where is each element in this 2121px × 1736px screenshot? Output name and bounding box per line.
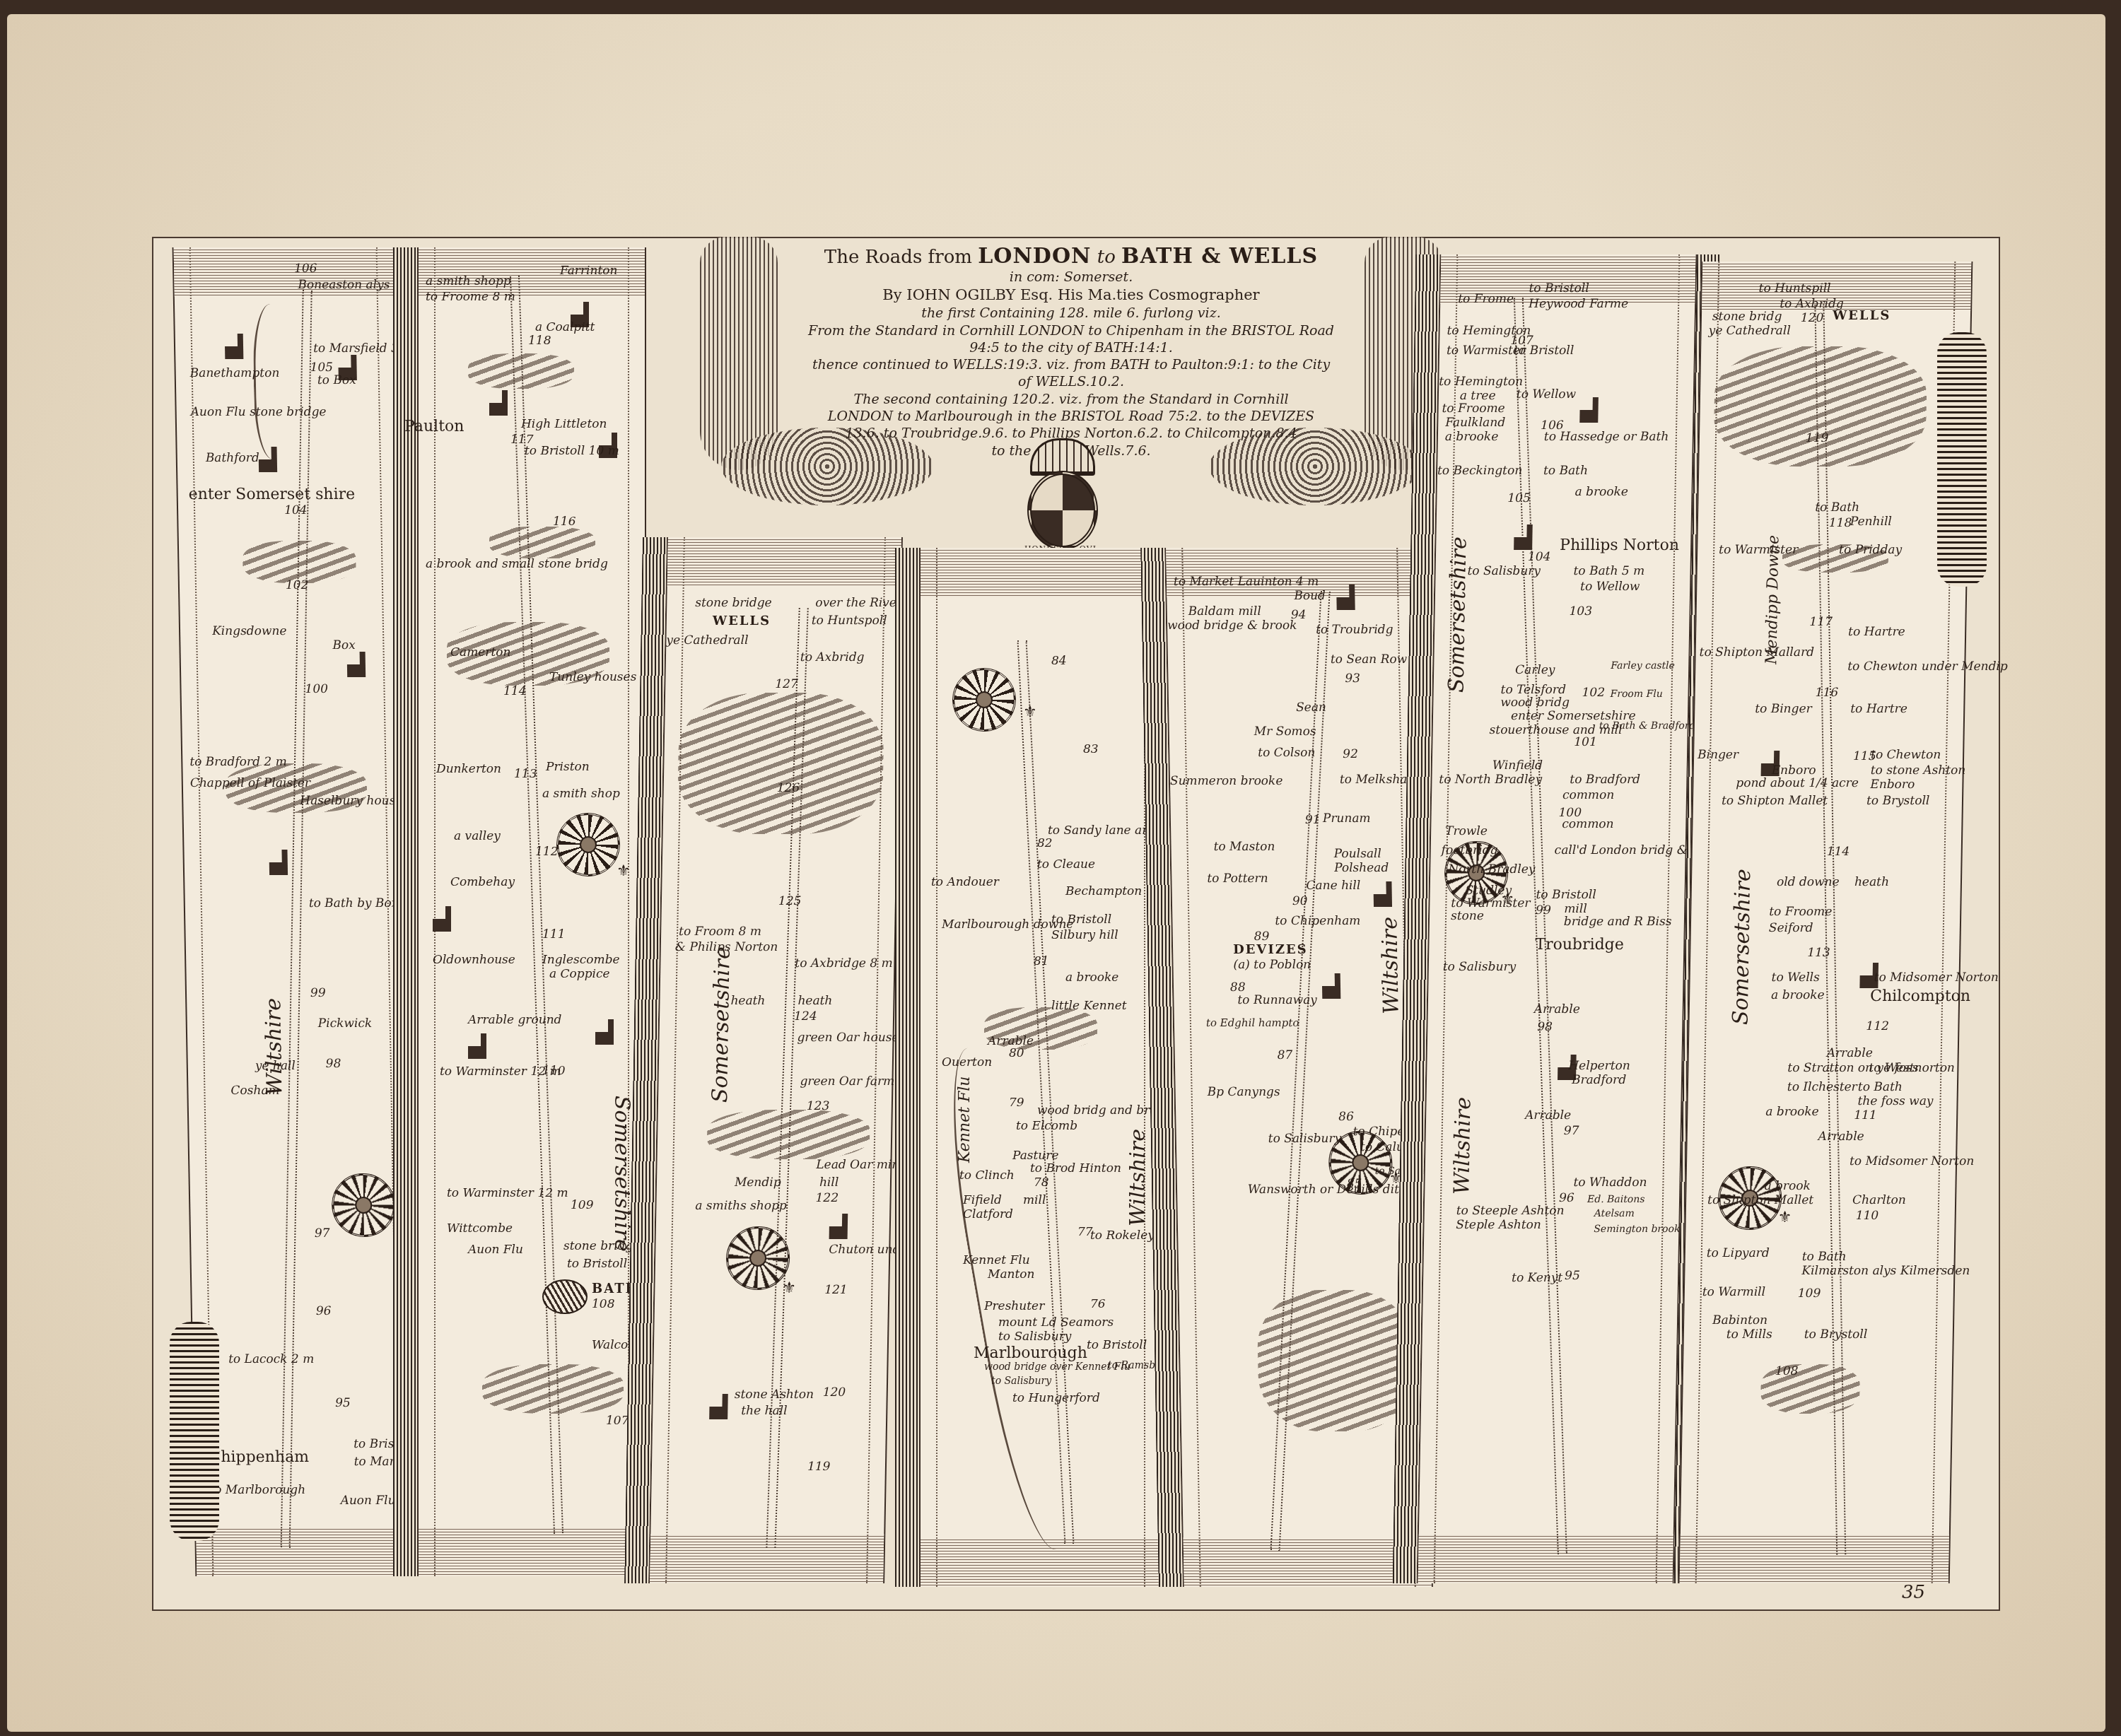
river-avon xyxy=(252,304,300,459)
milepost: 82 xyxy=(1037,836,1053,850)
place-label: Fifield xyxy=(963,1195,1002,1207)
place-label: to Brystoll xyxy=(1866,795,1930,808)
milepost: 78 xyxy=(1034,1175,1049,1190)
place-label: to Bradford 2 m xyxy=(189,756,287,769)
milepost: 118 xyxy=(1829,516,1852,530)
town-plan-bath xyxy=(542,1279,588,1314)
place-label: footbridg xyxy=(1442,845,1498,857)
place-label: to Shipton Mallet xyxy=(1707,1195,1813,1207)
milepost: 120 xyxy=(1801,311,1824,325)
place-label: pond about 1/4 acre xyxy=(1736,778,1859,790)
subtitle: in com: Somerset. xyxy=(792,269,1350,286)
road-strip-2: Farrinton a smith shopp to Froome 8 m a … xyxy=(417,247,646,1576)
place-label: Arrable ground xyxy=(468,1014,561,1027)
place-label: to Bradford xyxy=(1570,774,1640,787)
place-label: a valley xyxy=(454,831,501,843)
place-label: Sean xyxy=(1296,702,1326,715)
milepost: 113 xyxy=(514,767,537,781)
milepost: 89 xyxy=(1254,929,1270,944)
place-label: a smith shop xyxy=(542,788,620,801)
town-label: Chilcompton xyxy=(1870,988,1970,1004)
place-label: Banethampton xyxy=(190,368,280,380)
place-label: stone bridge xyxy=(695,597,772,610)
milepost: 92 xyxy=(1343,747,1358,761)
milepost: 111 xyxy=(1854,1108,1877,1122)
place-label: ye hall xyxy=(255,1060,296,1073)
place-label: a brooke xyxy=(1445,431,1499,444)
milepost: 119 xyxy=(1806,431,1829,445)
place-label: to Andouer xyxy=(931,876,999,889)
milepost: 122 xyxy=(815,1191,839,1205)
scroll-curl-decoration xyxy=(1937,332,1987,587)
milepost: 80 xyxy=(1009,1046,1024,1060)
place-label: High Littleton xyxy=(521,418,607,431)
place-label: Bradford xyxy=(1572,1074,1626,1087)
place-label: to Warminster 12 m xyxy=(447,1187,568,1200)
place-label: to Salisbury xyxy=(1467,565,1541,578)
author-line: By IOHN OGILBY Esq. His Ma.ties Cosmogra… xyxy=(792,286,1350,305)
place-label: Clatford xyxy=(963,1209,1013,1221)
compass-rose-icon xyxy=(952,668,1016,732)
place-label: to Hemington xyxy=(1439,376,1523,389)
place-label: Tunley houses xyxy=(549,671,636,684)
place-label: Pickwick xyxy=(318,1018,373,1031)
road-strip-7: ⚜ to Huntspill to Axbridg stone bridg 12… xyxy=(1678,262,1973,1583)
place-label: a Coalpitt xyxy=(535,322,595,334)
milepost: 112 xyxy=(1866,1019,1889,1033)
place-label: over the River xyxy=(815,597,902,610)
milepost: 110 xyxy=(542,1064,565,1078)
place-label: Mendip xyxy=(735,1177,781,1190)
place-label: to Salisbury xyxy=(998,1331,1071,1344)
place-label: Farrinton xyxy=(560,265,617,278)
place-label: to Warmister xyxy=(1719,544,1798,557)
place-label: to Edghil hampto xyxy=(1206,1018,1299,1029)
milepost: 108 xyxy=(592,1297,614,1311)
place-label: to Ilchester xyxy=(1787,1081,1857,1094)
place-label: to Chipenham xyxy=(1275,915,1360,928)
title-london: LONDON xyxy=(978,244,1091,269)
place-label: Faulkland xyxy=(1445,417,1505,430)
compass-rose-icon xyxy=(331,1173,396,1237)
place-label: to Bath xyxy=(1802,1251,1847,1264)
place-label: a brooke xyxy=(1765,1106,1819,1119)
milepost: 126 xyxy=(777,781,800,795)
place-label: to Salisbury xyxy=(991,1376,1051,1387)
place-label: Trowle xyxy=(1445,826,1488,838)
church-icon xyxy=(225,346,243,359)
place-label: to Froome xyxy=(1442,403,1504,416)
place-label: stone xyxy=(1451,910,1484,923)
place-label: to Wells xyxy=(1771,972,1820,985)
place-label: to Bristoll xyxy=(1087,1339,1147,1352)
place-label: wood bridge & brook xyxy=(1167,620,1297,633)
milepost: 97 xyxy=(315,1226,330,1241)
milepost: 100 xyxy=(305,682,328,696)
milepost: 116 xyxy=(553,515,575,529)
place-label: Arrable xyxy=(1827,1048,1873,1060)
milepost: 119 xyxy=(807,1460,831,1474)
place-label: to Beckington xyxy=(1437,465,1522,478)
place-label: to Bristoll xyxy=(1514,345,1574,358)
milepost: 124 xyxy=(794,1009,817,1024)
milepost: 121 xyxy=(824,1283,848,1297)
place-label: Bp Canyngs xyxy=(1207,1086,1280,1099)
place-label: to Bath xyxy=(1858,1081,1903,1094)
place-label: Auon Flu xyxy=(340,1495,395,1508)
title-destination: BATH & WELLS xyxy=(1121,244,1318,269)
cartouche-line: 94:5 to the city of BATH:14:1. xyxy=(792,339,1350,356)
town-label: Paulton xyxy=(404,418,464,435)
place-label: Polshead xyxy=(1334,862,1389,875)
place-label: to Huntspill xyxy=(1758,283,1830,295)
milepost: 90 xyxy=(1292,894,1308,908)
milepost: 120 xyxy=(823,1385,846,1400)
place-label: to Sean Row xyxy=(1331,654,1408,667)
town-label: Troubridge xyxy=(1535,937,1624,953)
place-label: to Cleaue xyxy=(1037,859,1095,872)
place-label: Baldam mill xyxy=(1188,606,1261,618)
milepost: 127 xyxy=(775,677,798,691)
strip-edge-hatching xyxy=(895,548,919,1587)
place-label: Auon Flu stone bridge xyxy=(191,406,327,419)
title-prefix: The Roads from xyxy=(824,247,972,268)
place-label: Bechampton xyxy=(1065,886,1142,898)
compass-rose-icon xyxy=(556,813,620,876)
road-strip-6: ⚜ to Bristoll to Frome Heywood Farme to … xyxy=(1417,254,1698,1583)
place-label: Prunam xyxy=(1323,813,1371,826)
place-label: to Bath & Bradford xyxy=(1599,721,1696,732)
place-label: to Wellow xyxy=(1580,581,1640,594)
place-label: old downe xyxy=(1777,876,1840,889)
place-label: Mr Somos xyxy=(1254,726,1316,739)
hills-mendip xyxy=(677,693,884,834)
scroll-curl-decoration xyxy=(170,1322,219,1541)
milepost: 91 xyxy=(1305,813,1321,827)
place-label: (a) to Poblon xyxy=(1233,959,1311,972)
place-label: Silbury hill xyxy=(1051,929,1118,942)
place-label: wood bridg xyxy=(1500,697,1570,710)
place-label: to Midsomer Norton xyxy=(1874,972,1998,985)
place-label: bridge and R Biss xyxy=(1564,916,1672,929)
title-to: to xyxy=(1097,247,1116,268)
place-label: to Brod Hinton xyxy=(1030,1163,1121,1175)
place-label: to Chewton under Mendip xyxy=(1847,661,2008,674)
milepost: 96 xyxy=(316,1304,332,1318)
place-label: green Oar farm xyxy=(800,1076,894,1089)
place-label: mount Ld Seamors xyxy=(998,1317,1114,1330)
place-label: to Bath xyxy=(1815,502,1859,515)
hills xyxy=(468,353,574,389)
place-label: heath xyxy=(797,995,832,1008)
garter-shield-icon xyxy=(1027,471,1098,550)
church-icon xyxy=(1322,986,1340,999)
church-icon xyxy=(1336,597,1355,610)
place-label: to Lipyard xyxy=(1707,1248,1770,1260)
milepost: 104 xyxy=(284,503,308,517)
royal-coat-of-arms: HONI SOIT QVI MAL Y PENSE xyxy=(1022,438,1099,544)
place-label: Poulsall xyxy=(1334,848,1381,861)
place-label: little Kennet xyxy=(1051,1000,1127,1013)
county-label: Wiltshire xyxy=(261,998,287,1096)
place-label: to Hassedge or Bath xyxy=(1544,431,1669,444)
church-icon xyxy=(347,664,366,677)
milepost: 112 xyxy=(535,845,558,859)
county-label: Wiltshire xyxy=(1377,917,1403,1014)
place-label: to stone Ashton xyxy=(1871,765,1966,778)
place-label: to Shipton Mallet xyxy=(1722,795,1828,808)
place-label: a smiths shopp xyxy=(695,1200,787,1213)
place-label: to Bristoll xyxy=(1536,889,1596,902)
town-label: Chippenham xyxy=(209,1449,309,1465)
town-label: Marlbourough xyxy=(974,1345,1087,1361)
milepost: 98 xyxy=(326,1057,341,1071)
milepost: 96 xyxy=(1559,1191,1574,1205)
milepost: 87 xyxy=(1278,1048,1293,1062)
milepost: 86 xyxy=(1338,1110,1354,1124)
county-label: Somersetshire xyxy=(1728,869,1755,1025)
place-label: Inglescombe xyxy=(542,954,620,967)
place-label: to Salisbury xyxy=(1268,1133,1342,1146)
church-icon xyxy=(259,459,277,472)
place-label: a brook and small stone bridg xyxy=(426,558,608,571)
milepost: 81 xyxy=(1034,954,1049,968)
place-label: Kilmarston alys Kilmersden xyxy=(1801,1265,1970,1278)
cartouche-line: The second containing 120.2. viz. from t… xyxy=(792,391,1350,408)
place-label: to Kenyt xyxy=(1512,1272,1562,1285)
place-label: a brooke xyxy=(1065,972,1118,985)
place-label: to Froome 8 m xyxy=(426,291,515,304)
cartouche-line: LONDON to Marlbourough in the BRISTOL Ro… xyxy=(792,408,1350,425)
milepost: 84 xyxy=(1051,654,1067,668)
fleur-de-lis-icon: ⚜ xyxy=(782,1279,796,1297)
place-label: Priston xyxy=(546,761,590,774)
place-label: North Bradley xyxy=(1448,864,1535,876)
place-label: to Pottern xyxy=(1207,873,1268,886)
place-label: Kingsdowne xyxy=(212,626,287,638)
place-label: a smith shopp xyxy=(426,276,511,288)
city-label: WELLS xyxy=(1833,310,1891,323)
place-label: Wittcombe xyxy=(447,1223,513,1236)
place-label: a brook xyxy=(1764,1180,1811,1193)
milepost: 103 xyxy=(1569,604,1592,618)
milepost: 95 xyxy=(1565,1269,1580,1283)
place-label: Froom Flu xyxy=(1610,689,1662,700)
place-label: to Bristoll xyxy=(567,1258,627,1271)
church-icon xyxy=(1374,894,1392,907)
milepost: 116 xyxy=(1815,686,1838,700)
milepost: 114 xyxy=(503,684,526,698)
place-label: Carley xyxy=(1515,664,1555,677)
fleur-de-lis-icon: ⚜ xyxy=(1023,703,1037,721)
place-label: Bathford xyxy=(206,452,259,465)
place-label: a brooke xyxy=(1771,990,1825,1002)
place-label: Atelsam xyxy=(1594,1209,1635,1219)
milepost: 102 xyxy=(286,578,309,592)
place-label: to Market Lauinton 4 m xyxy=(1174,576,1319,589)
place-label: Boud xyxy=(1294,590,1326,603)
milepost: 93 xyxy=(1345,671,1360,686)
milepost: 88 xyxy=(1230,980,1246,995)
plate-number: 35 xyxy=(1902,1582,1925,1603)
place-label: to Wellow xyxy=(1517,389,1577,401)
place-label: Combehay xyxy=(450,876,515,889)
place-label: Ed. Baitons xyxy=(1587,1195,1645,1205)
place-label: to Runnaway xyxy=(1237,995,1317,1007)
place-label: common xyxy=(1562,819,1613,831)
place-label: Auon Flu xyxy=(468,1244,523,1257)
church-icon xyxy=(709,1407,728,1419)
church-icon xyxy=(433,919,451,932)
place-label: to Hungerford xyxy=(1012,1392,1100,1405)
place-label: Haselbury house xyxy=(300,795,402,808)
town-label: Phillips Norton xyxy=(1560,537,1679,553)
place-label: to Mills xyxy=(1726,1329,1772,1342)
place-label: to Midsomer Norton xyxy=(1850,1156,1974,1168)
cartouche-line: thence continued to WELLS:19:3. viz. fro… xyxy=(792,356,1350,373)
milepost: 125 xyxy=(778,894,802,908)
milepost: 105 xyxy=(1507,491,1531,505)
place-label: to Lacock 2 m xyxy=(228,1354,315,1366)
place-label: Arrable xyxy=(1534,1004,1580,1016)
place-label: hill xyxy=(819,1177,839,1190)
place-label: green Oar house xyxy=(797,1032,899,1045)
milepost: 97 xyxy=(1564,1124,1579,1138)
cartouche-line: From the Standard in Cornhill LONDON to … xyxy=(792,322,1350,339)
place-label: to Steeple Ashton xyxy=(1456,1205,1565,1218)
place-label: a brooke xyxy=(1574,486,1628,499)
place-label: to Hartre xyxy=(1848,626,1905,639)
place-label: to Maston xyxy=(1213,841,1275,854)
place-label: to Shipton Mallard xyxy=(1699,647,1814,659)
church-icon xyxy=(1579,410,1598,423)
place-label: stone bridg xyxy=(1712,311,1782,324)
milepost: 110 xyxy=(1856,1209,1879,1223)
place-label: Dunkerton xyxy=(436,763,501,776)
place-label: to Frome xyxy=(1458,293,1514,306)
place-label: to Warmill xyxy=(1702,1286,1765,1299)
place-label: heath xyxy=(1854,876,1889,889)
church-icon xyxy=(489,403,508,416)
place-label: to Pridday xyxy=(1839,544,1902,557)
place-label: to Colson xyxy=(1258,747,1315,760)
place-label: Arrable xyxy=(1818,1131,1864,1144)
title-cartouche: The Roads from LONDON to BATH & WELLS in… xyxy=(700,237,1442,534)
milepost: 117 xyxy=(1809,615,1833,629)
place-label: to Brystoll xyxy=(1804,1329,1868,1342)
milepost: 98 xyxy=(1537,1020,1553,1034)
place-label: to North Bradley xyxy=(1439,774,1542,787)
place-label: Walcot xyxy=(592,1339,633,1352)
place-label: the hall xyxy=(741,1405,788,1418)
cartouche-text: The Roads from LONDON to BATH & WELLS in… xyxy=(792,244,1350,459)
place-label: Wansworth or Deuills ditch xyxy=(1248,1184,1414,1197)
place-label: to Bristoll 10 m xyxy=(525,445,619,458)
road-strip-4: ⚜ 84 83 to Sandy lane and Bath 82 to Cle… xyxy=(919,548,1162,1587)
road-strip-3: stone bridge over the River WELLS to Hun… xyxy=(648,537,903,1583)
fleur-de-lis-icon: ⚜ xyxy=(617,862,631,880)
place-label: Oldownhouse xyxy=(433,954,515,967)
place-label: to Salisbury xyxy=(1443,961,1517,974)
milepost: 102 xyxy=(1582,686,1605,700)
place-label: to Axbridge 8 m xyxy=(795,958,893,970)
place-label: to Froom 8 m xyxy=(679,926,761,939)
place-label: to Clinch xyxy=(959,1170,1015,1183)
place-label: the foss way xyxy=(1857,1096,1933,1108)
place-label: to Bath xyxy=(1543,465,1588,478)
milepost: 109 xyxy=(571,1198,593,1212)
hills xyxy=(243,541,356,583)
milepost: 83 xyxy=(1083,742,1099,756)
church-icon xyxy=(1514,537,1532,550)
milepost: 123 xyxy=(807,1099,830,1113)
place-label: Arrable xyxy=(1525,1110,1571,1122)
milepost: 79 xyxy=(1009,1096,1024,1110)
city-label: WELLS xyxy=(713,615,771,628)
place-label: ye Cathedrall xyxy=(666,635,748,647)
place-label: to Binger xyxy=(1755,703,1812,716)
milepost: 109 xyxy=(1798,1286,1821,1301)
milepost: 99 xyxy=(310,986,326,1000)
milepost: 105 xyxy=(310,360,333,375)
place-label: to Huntspoll xyxy=(812,615,887,628)
place-label: Cosham xyxy=(230,1085,279,1098)
fleur-de-lis-icon: ⚜ xyxy=(1777,1209,1792,1226)
milepost: 107 xyxy=(606,1414,629,1428)
county-label: Wiltshire xyxy=(1126,1129,1150,1226)
milepost: 95 xyxy=(335,1396,351,1410)
place-label: Seiford xyxy=(1769,922,1813,935)
hills xyxy=(1256,1290,1414,1431)
church-icon xyxy=(468,1046,486,1059)
place-label: Farley castle xyxy=(1611,661,1675,671)
place-label: to Hartre xyxy=(1850,703,1907,716)
place-label: Cane hill xyxy=(1306,880,1360,893)
place-label: Kennet Flu xyxy=(963,1255,1030,1267)
hills xyxy=(707,1110,870,1159)
county-label: Wiltshire xyxy=(1449,1097,1476,1195)
place-label: to Chewton xyxy=(1871,749,1941,762)
place-label: Chappell of Plaister xyxy=(190,778,311,790)
place-label: Semington brook xyxy=(1594,1224,1680,1235)
hills xyxy=(482,1364,624,1414)
milepost: 108 xyxy=(1775,1364,1799,1378)
place-label: to Rokeley xyxy=(1090,1230,1155,1243)
milepost: 106 xyxy=(294,262,317,276)
place-label: to Bath 5 m xyxy=(1573,565,1644,578)
place-label: Charlton xyxy=(1852,1195,1906,1207)
church-icon xyxy=(269,862,288,875)
place-label: Steple Ashton xyxy=(1456,1219,1541,1232)
place-label: common xyxy=(1562,790,1614,802)
milepost: 99 xyxy=(1536,903,1551,917)
strip-edge-hatching xyxy=(393,247,417,1576)
place-label: Helperton xyxy=(1568,1060,1630,1073)
place-label: stone bridge xyxy=(563,1241,640,1253)
place-label: Heywood Farme xyxy=(1529,298,1628,311)
place-label: to Whaddon xyxy=(1573,1177,1647,1190)
place-label: to Marlborough xyxy=(209,1484,305,1497)
place-label: stone Ashton xyxy=(735,1389,814,1402)
county-label: Somersetshire xyxy=(708,946,735,1103)
milepost: 113 xyxy=(1807,946,1830,960)
place-label: mill xyxy=(1023,1195,1046,1207)
place-label: heath xyxy=(730,995,765,1008)
map-title: The Roads from LONDON to BATH & WELLS xyxy=(792,244,1350,269)
place-label: Winfield xyxy=(1492,760,1543,773)
church-icon xyxy=(595,1032,614,1045)
river-label: Kennet Flu xyxy=(956,1076,974,1163)
